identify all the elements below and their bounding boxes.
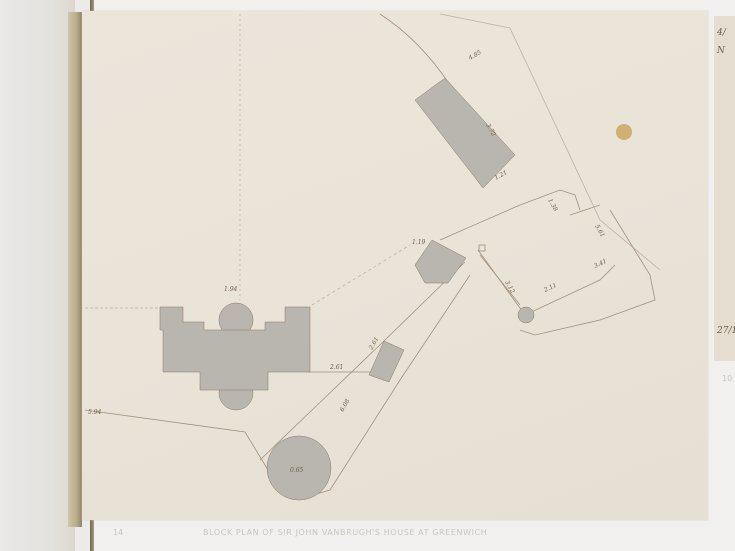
measurement-label: 3.41 [593,258,608,270]
measurement-label: 0.65 [290,467,304,474]
measurement-label: 2.61 [329,364,343,371]
measurement-label: 2.61 [367,336,380,352]
stain [616,124,632,140]
measurement-label: 6.08 [339,398,352,413]
garden-pavilion [415,240,466,283]
measurement-label: 4.85 [467,49,483,62]
measurement-label: 2.11 [542,282,558,294]
measurement-label: 1.94 [224,286,238,293]
block-plan-drawing: 4.85 1.38 5.61 3.12 2.11 3.41 2.61 6.08 … [0,0,735,551]
page-number: 14 [113,528,123,537]
measurement-label: 1.38 [546,198,559,213]
main-house [160,303,310,410]
measurement-label: 5.94 [88,409,102,416]
adjacent-page-number: 10 [722,374,732,383]
drawing-caption: Block plan of Sir John Vanbrugh's house … [203,528,487,537]
measurement-label: 1.19 [412,239,426,246]
small-round [518,307,534,323]
measurement-label: 5.61 [593,224,606,239]
